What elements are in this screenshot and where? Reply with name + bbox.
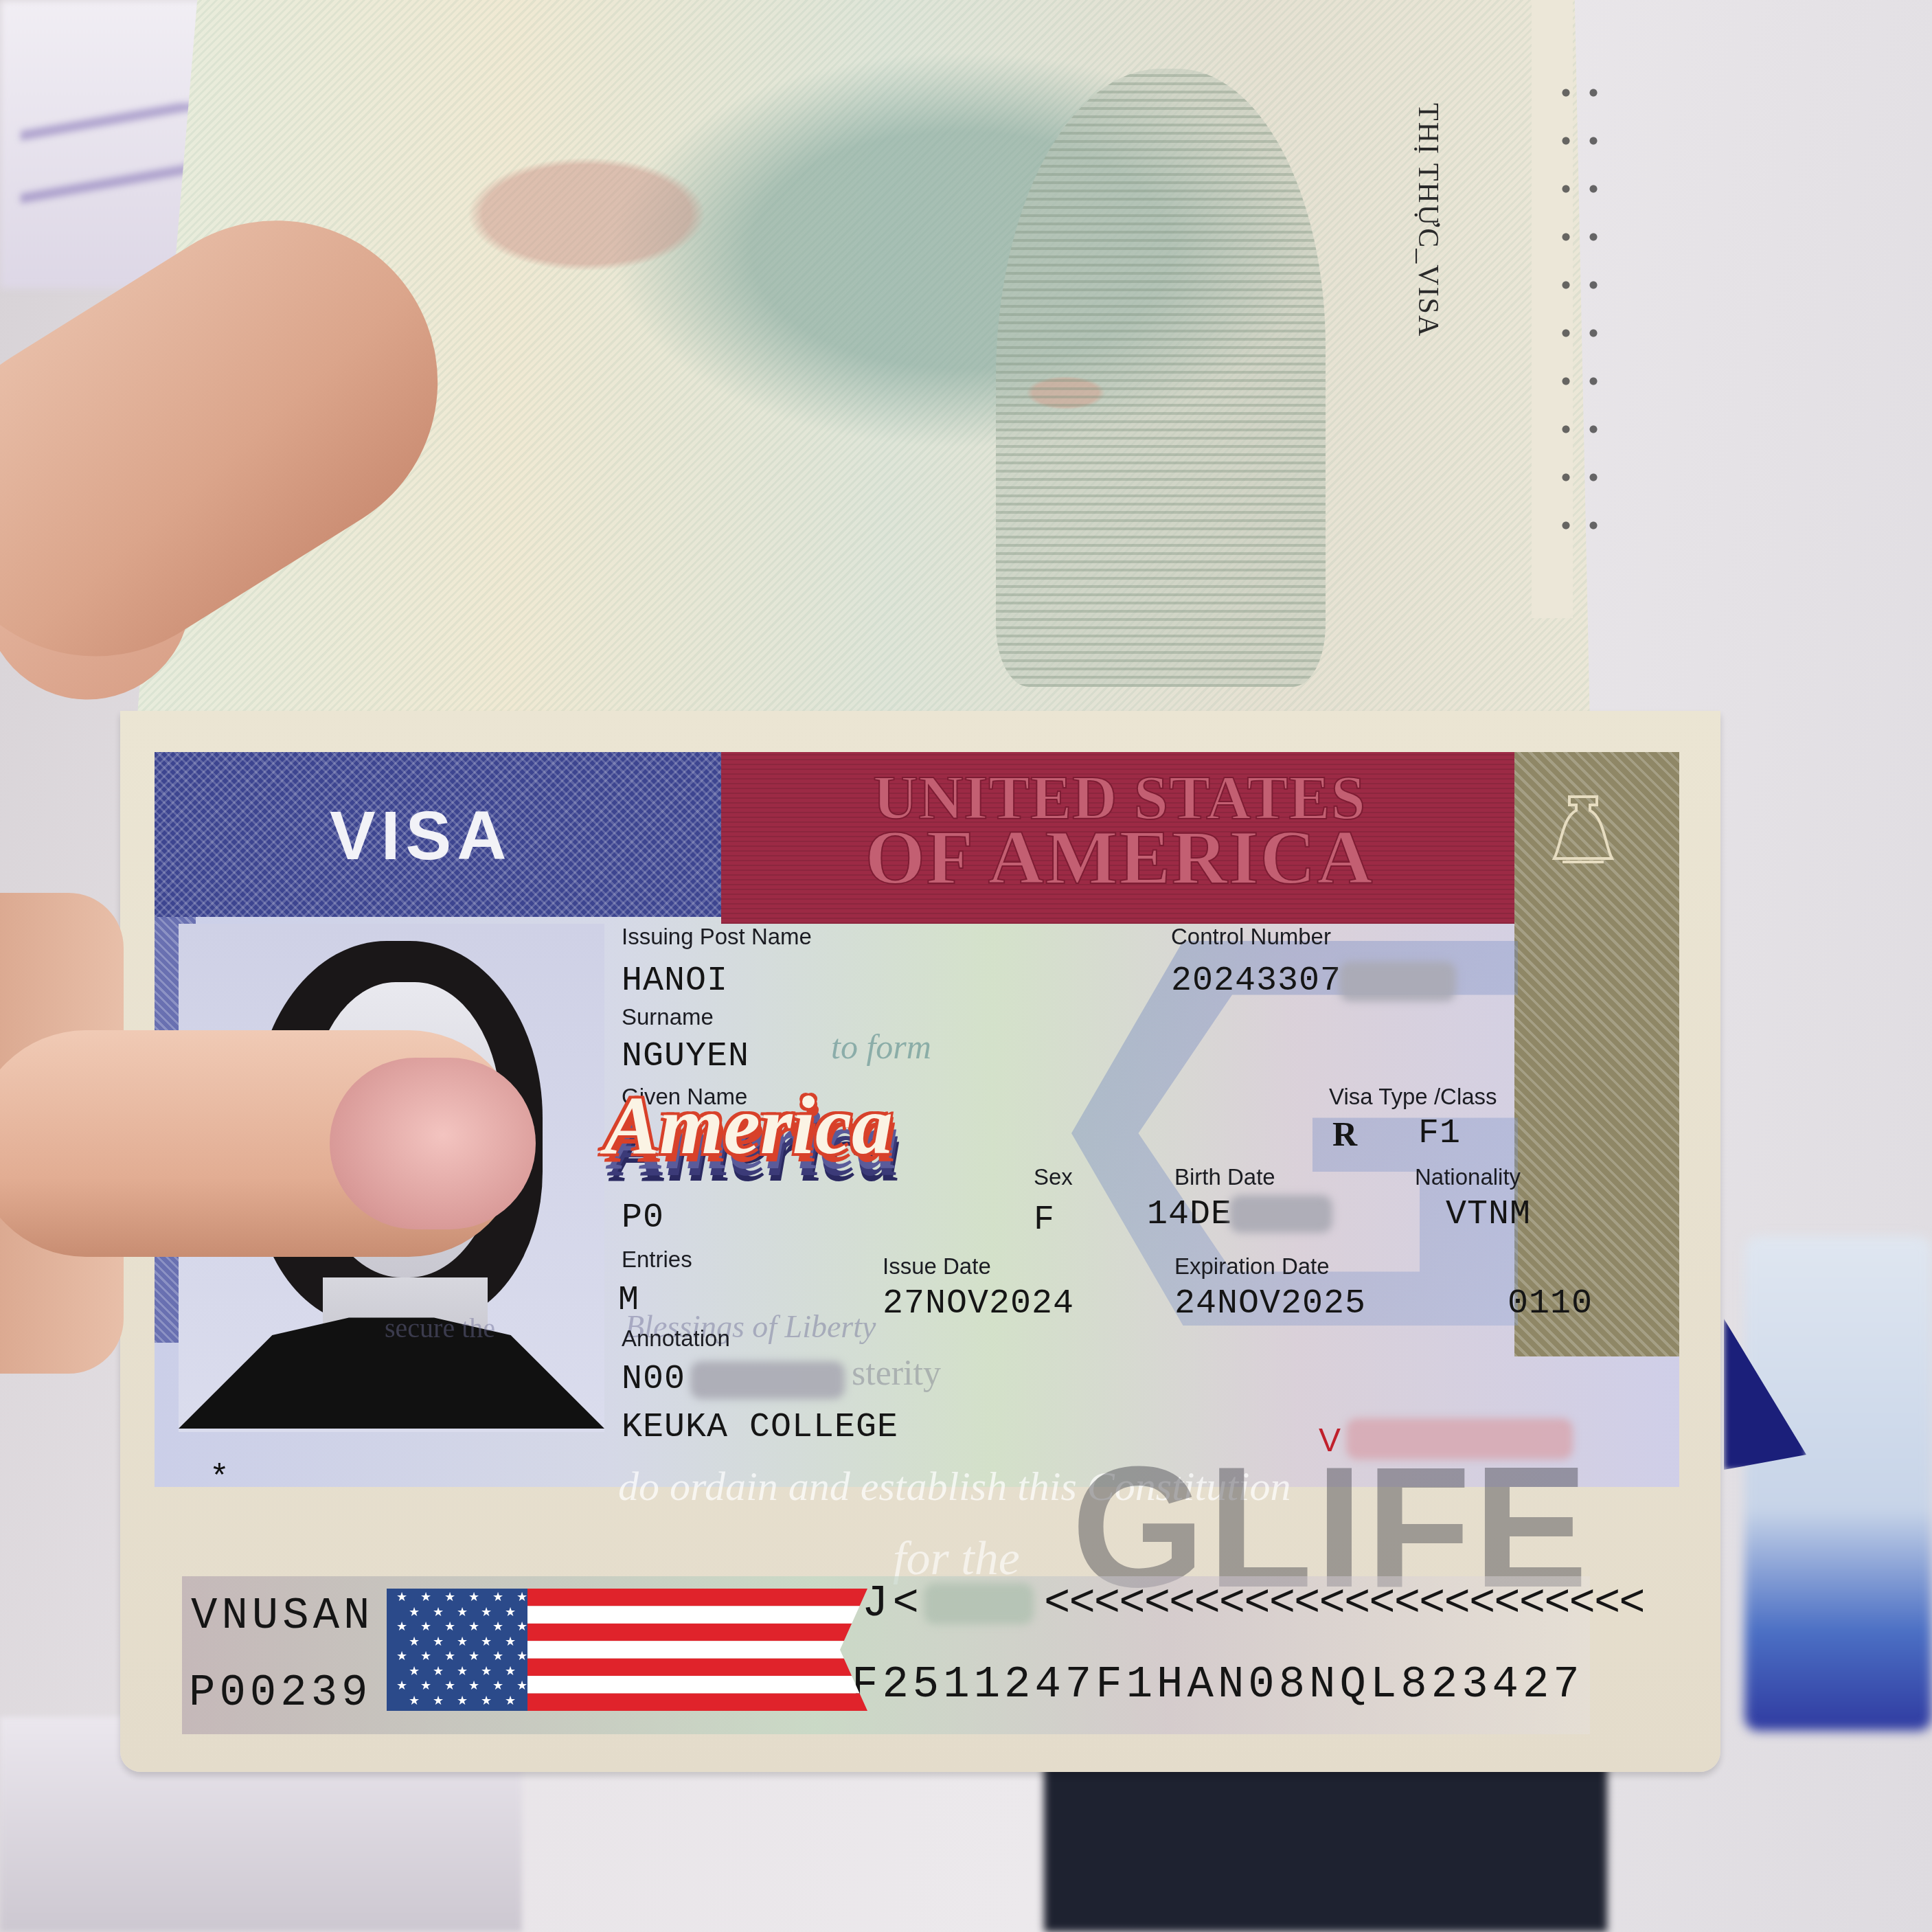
issue-date-label: Issue Date xyxy=(883,1253,991,1280)
usa-title: UNITED STATES OF AMERICA xyxy=(755,773,1484,891)
upper-page-illustration xyxy=(996,69,1326,687)
svg-text:★: ★ xyxy=(492,1620,503,1633)
expiration-date-value: 24NOV2025 xyxy=(1174,1284,1366,1323)
surname-value: NGUYEN xyxy=(622,1037,749,1076)
svg-text:★: ★ xyxy=(516,1620,527,1633)
annotation-label: Annotation xyxy=(622,1326,730,1352)
svg-text:★: ★ xyxy=(457,1635,468,1648)
liberty-bell-icon xyxy=(1549,790,1617,872)
redaction-blur xyxy=(1339,962,1456,1001)
svg-text:★: ★ xyxy=(492,1679,503,1692)
redaction-blur xyxy=(690,1361,845,1399)
svg-text:★: ★ xyxy=(505,1635,516,1648)
svg-text:★: ★ xyxy=(492,1649,503,1663)
background-paper-text xyxy=(21,103,199,227)
sex-value: F xyxy=(1034,1201,1055,1240)
mrz-line1-fill: <<<<<<<<<<<<<<<<<<<<<<<< xyxy=(1044,1580,1644,1629)
svg-text:★: ★ xyxy=(516,1649,527,1663)
nationality-label: Nationality xyxy=(1415,1164,1521,1190)
visa-class-value: F1 xyxy=(1418,1114,1461,1153)
svg-text:★: ★ xyxy=(433,1605,444,1619)
svg-text:★: ★ xyxy=(433,1664,444,1678)
svg-text:★: ★ xyxy=(516,1679,527,1692)
svg-text:★: ★ xyxy=(481,1605,492,1619)
svg-text:★: ★ xyxy=(457,1605,468,1619)
visa-word: VISA xyxy=(330,797,512,876)
svg-text:★: ★ xyxy=(505,1694,516,1707)
code-value: 0110 xyxy=(1508,1284,1593,1323)
svg-text:★: ★ xyxy=(396,1620,407,1633)
svg-text:★: ★ xyxy=(481,1664,492,1678)
redaction-blur xyxy=(924,1583,1034,1624)
svg-text:★: ★ xyxy=(433,1694,444,1707)
svg-text:★: ★ xyxy=(468,1649,479,1663)
background-blue-box xyxy=(1745,1236,1932,1731)
svg-text:★: ★ xyxy=(396,1649,407,1663)
svg-text:★: ★ xyxy=(420,1590,431,1604)
mrz-line2-end: F2511247F1HAN08NQL823427 xyxy=(852,1661,1584,1710)
mrz-line1-end: J< xyxy=(862,1580,923,1629)
svg-text:★: ★ xyxy=(444,1649,455,1663)
annotation-line2: KEUKA COLLEGE xyxy=(622,1408,898,1447)
birth-date-value: 14DE xyxy=(1147,1195,1232,1234)
sex-label: Sex xyxy=(1034,1164,1073,1190)
issue-date-value: 27NOV2024 xyxy=(883,1284,1074,1323)
svg-text:★: ★ xyxy=(505,1605,516,1619)
entries-label: Entries xyxy=(622,1247,692,1273)
annotation-line1: N00 xyxy=(622,1360,685,1399)
svg-text:★: ★ xyxy=(444,1620,455,1633)
us-flag-icon: ★★★★★★★★★★★★★★★★★★★★★★★★★★★★★★★★★★★★★★★★… xyxy=(387,1589,867,1711)
svg-text:★: ★ xyxy=(468,1590,479,1604)
sticker-text: America xyxy=(604,1078,927,1173)
america-sticker: America xyxy=(604,1078,927,1243)
svg-text:★: ★ xyxy=(409,1664,420,1678)
mrz-line2-start: P00239 xyxy=(189,1669,372,1718)
svg-text:★: ★ xyxy=(481,1694,492,1707)
asterisk: * xyxy=(213,1456,226,1494)
svg-text:★: ★ xyxy=(468,1620,479,1633)
svg-text:★: ★ xyxy=(396,1679,407,1692)
perforation-dots xyxy=(1552,69,1607,563)
issuing-post-label: Issuing Post Name xyxy=(622,924,812,950)
svg-text:★: ★ xyxy=(481,1635,492,1648)
svg-text:★: ★ xyxy=(396,1590,407,1604)
svg-text:★: ★ xyxy=(420,1620,431,1633)
thumbnail xyxy=(330,1058,536,1229)
svg-text:★: ★ xyxy=(457,1664,468,1678)
svg-text:★: ★ xyxy=(409,1694,420,1707)
expiration-date-label: Expiration Date xyxy=(1174,1253,1330,1280)
svg-text:★: ★ xyxy=(433,1635,444,1648)
svg-text:★: ★ xyxy=(420,1649,431,1663)
svg-text:★: ★ xyxy=(444,1590,455,1604)
redaction-blur xyxy=(1229,1195,1332,1233)
svg-text:★: ★ xyxy=(420,1679,431,1692)
svg-text:★: ★ xyxy=(444,1679,455,1692)
svg-text:★: ★ xyxy=(457,1694,468,1707)
birth-date-label: Birth Date xyxy=(1174,1164,1275,1190)
control-number-label: Control Number xyxy=(1171,924,1331,950)
svg-text:★: ★ xyxy=(409,1605,420,1619)
svg-text:★: ★ xyxy=(516,1590,527,1604)
svg-text:★: ★ xyxy=(505,1664,516,1678)
background-phrase: sterity xyxy=(852,1353,941,1394)
usa-title-line2: OF AMERICA xyxy=(755,826,1484,891)
background-phrase: secure the xyxy=(385,1312,495,1344)
visa-type-value: R xyxy=(1332,1114,1358,1154)
mrz-line1-start: VNUSAN xyxy=(191,1592,374,1641)
issuing-post-value: HANOI xyxy=(622,962,728,1001)
svg-text:★: ★ xyxy=(409,1635,420,1648)
upper-page-label: THỊ THỰC_VISA xyxy=(1411,103,1444,337)
control-number-value: 20243307 xyxy=(1171,962,1341,1001)
background-phrase: to form xyxy=(831,1027,931,1067)
nationality-value: VTNM xyxy=(1446,1195,1531,1234)
visa-type-label: Visa Type /Class xyxy=(1329,1084,1497,1110)
svg-text:★: ★ xyxy=(468,1679,479,1692)
surname-label: Surname xyxy=(622,1004,714,1030)
svg-text:★: ★ xyxy=(492,1590,503,1604)
